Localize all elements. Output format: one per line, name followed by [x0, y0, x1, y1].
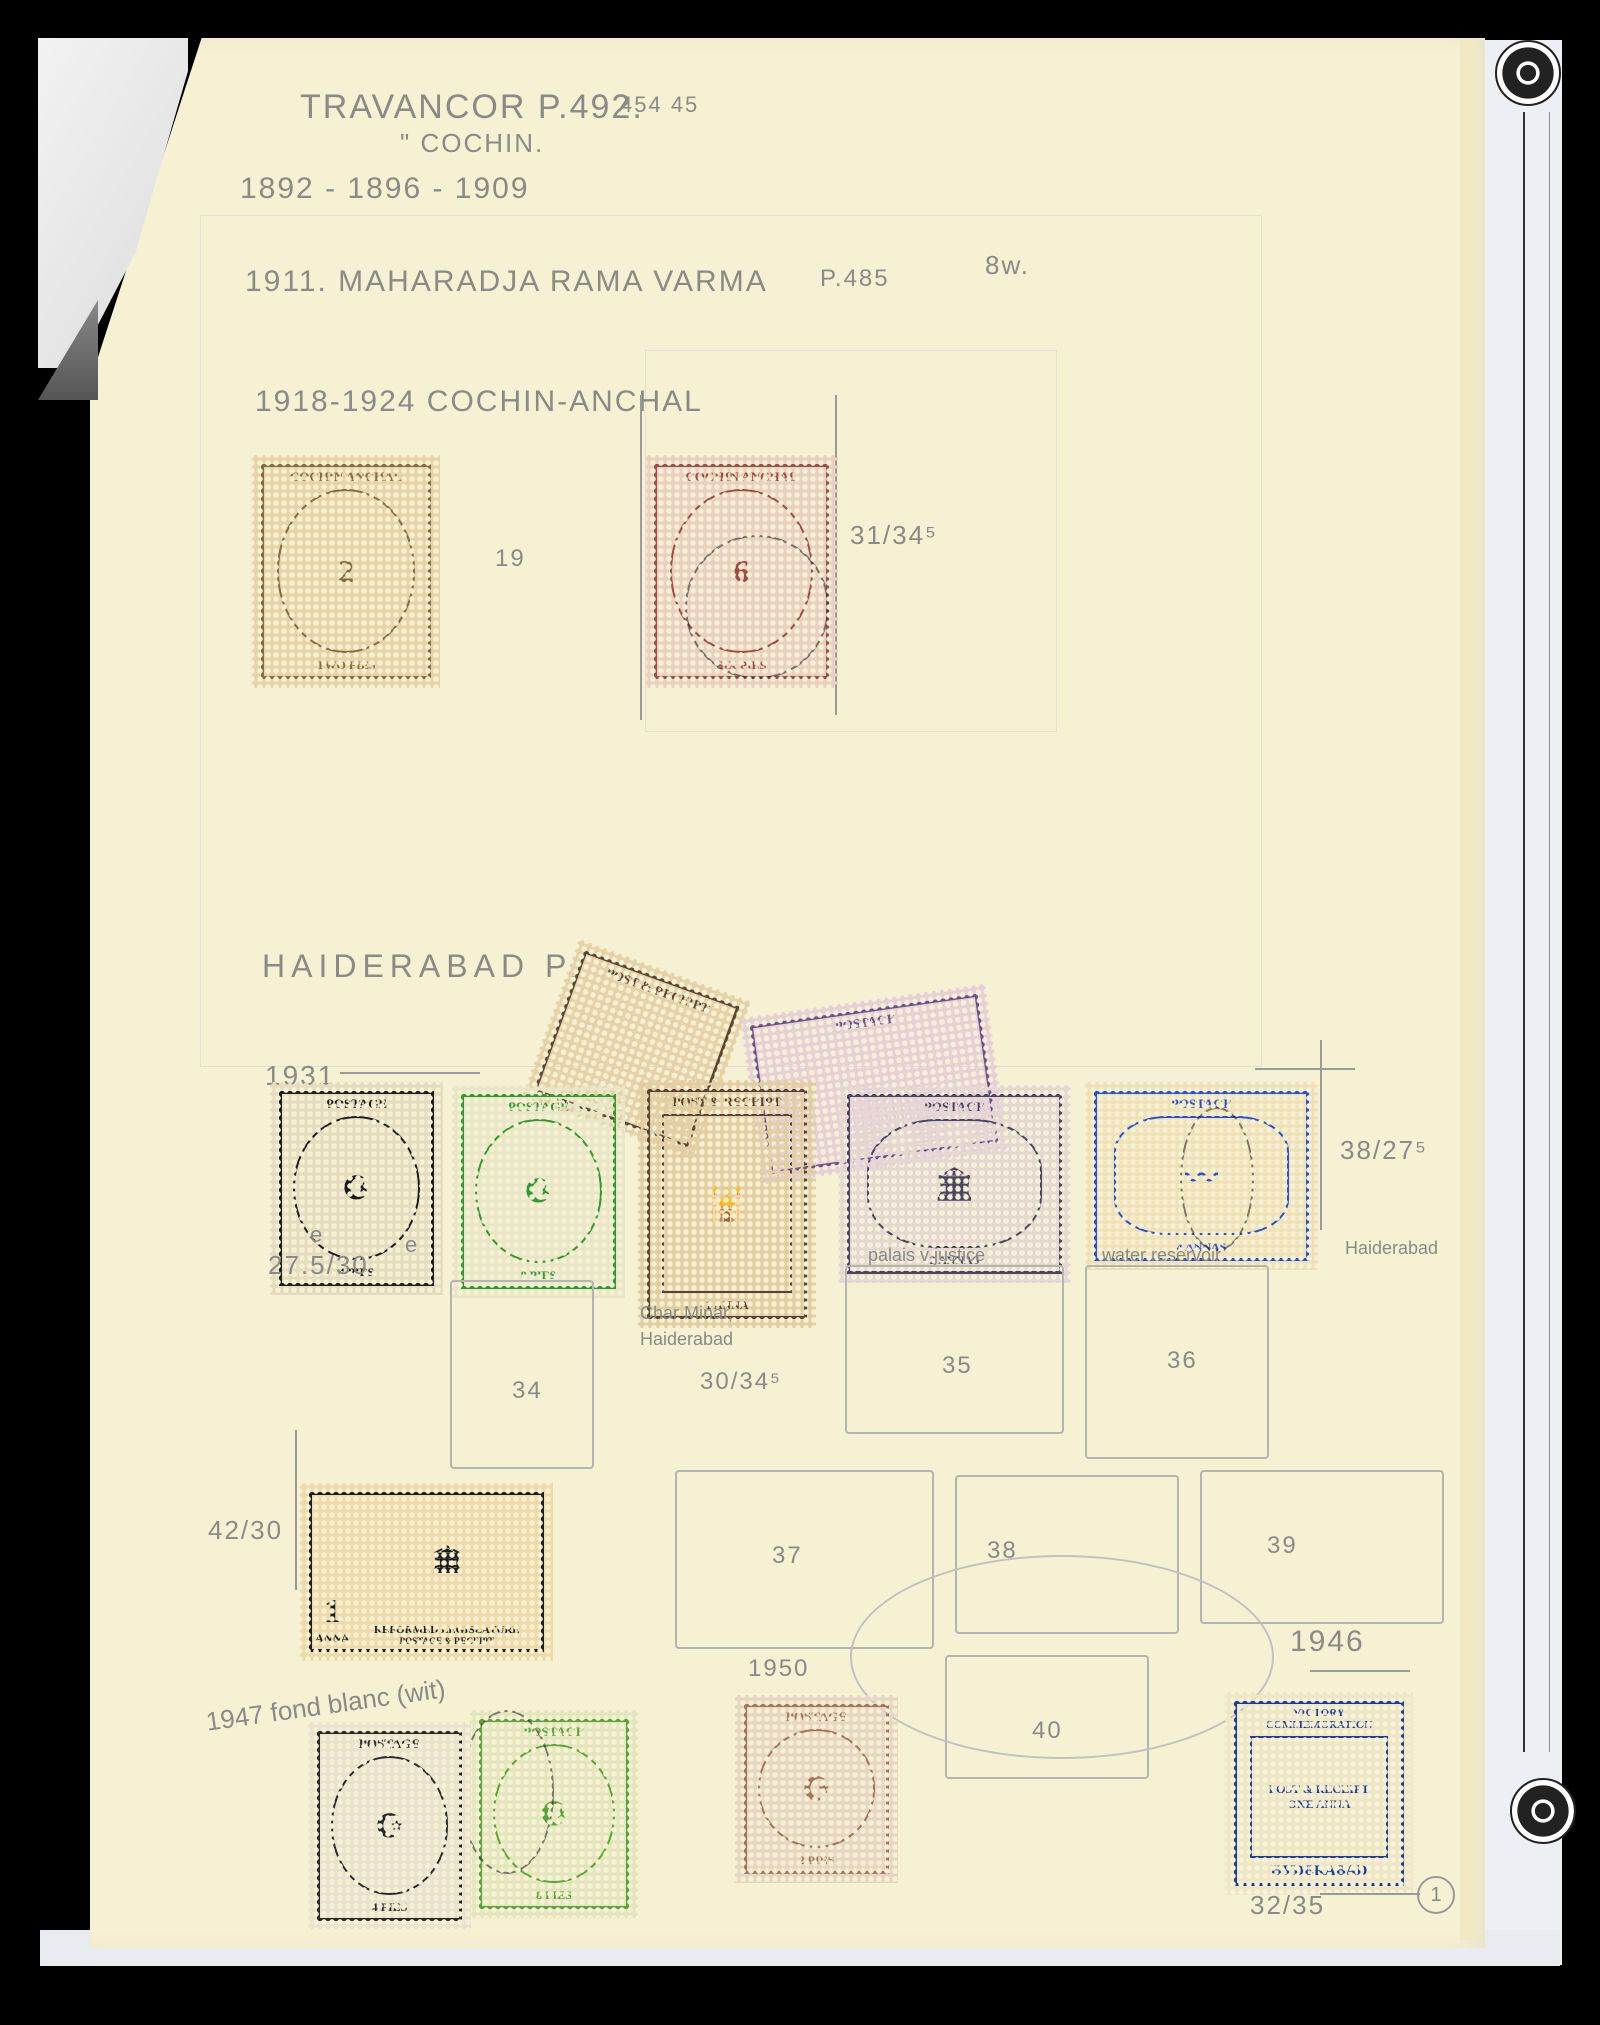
pencil-line	[295, 1430, 297, 1590]
stamp-1947-4-pies-white: POSTAGE ☪ 4 PIES	[308, 1722, 471, 1930]
stamp-subtitle: POSTAGE & RECEIPT	[400, 1636, 494, 1649]
stamp-country: HYDERABAD	[1268, 1860, 1371, 1883]
postmark	[460, 1710, 554, 1874]
note-travancor: TRAVANCOR P.492.	[300, 88, 644, 127]
note-cochin: " COCHIN.	[400, 128, 544, 159]
stamp-value: 1	[315, 1593, 350, 1631]
pencil-line	[640, 395, 642, 720]
note-32-35: 32/35	[1250, 1890, 1325, 1921]
legislature-building-icon: 🏛	[430, 1495, 463, 1624]
album-photo: TRAVANCOR P.492. 454 45 " COCHIN. 1892 -…	[0, 0, 1600, 2025]
note-e-2: e	[405, 1232, 419, 1258]
stamp-title: POSTAGE	[357, 1734, 422, 1754]
note-31-34: 31/34⁵	[850, 520, 938, 551]
stamp-denomination: TWO PIES	[313, 655, 378, 676]
stamp-denomination: 4 PIES	[369, 1897, 411, 1918]
note-42-30: 42/30	[208, 1515, 283, 1546]
note-travancor-ref: 454 45	[620, 92, 699, 118]
stamp-hyderabad-char-minar: POST & RECEIPT 🕌 1 ANNA	[638, 1080, 816, 1328]
stamp-title: POSTAGE	[324, 1094, 389, 1114]
stamp-title: COCHIN ANCHAL	[288, 467, 404, 487]
stamp-building: 🏛	[867, 1119, 1042, 1248]
stamp-title: POSTAGE	[784, 1707, 849, 1727]
stamp-title: POSTAGE	[922, 1097, 987, 1117]
note-cochin-anchal: 1918-1924 COCHIN-ANCHAL	[255, 385, 703, 419]
note-haiderabad-small: Haiderabad	[1345, 1238, 1438, 1259]
stamp-cochin-6-pies: COCHIN ANCHAL 6 SIX PIES	[645, 455, 838, 688]
note-30-34: 30/34⁵	[700, 1368, 782, 1396]
pencil-line	[1320, 1040, 1322, 1230]
slot-number: 39	[1267, 1532, 1298, 1560]
stamp-scene: POST & RECEIPT ONE ANNA	[1250, 1736, 1388, 1858]
stamp-emblem: ☪	[758, 1729, 876, 1848]
note-char-minar: Char Minar, Haiderabad	[640, 1300, 810, 1352]
pencil-oval	[850, 1555, 1274, 1759]
stamp-side-label: POST & RECEIPT	[1269, 1782, 1369, 1797]
slot-number: 36	[1167, 1347, 1198, 1375]
empty-slot: 35	[845, 1265, 1064, 1434]
stamp-title: POSTAGE	[832, 1008, 899, 1037]
note-maharadja-w: 8w.	[985, 250, 1030, 281]
stamp-reformed-legislature: 1 ANNA 🏛 REFORMED LEGISLATURE POSTAGE & …	[300, 1483, 553, 1661]
empty-slot: 36	[1085, 1265, 1269, 1459]
stamp-building: 🕌	[662, 1114, 792, 1293]
pencil-line	[1320, 1893, 1420, 1895]
note-maharadja-ref: P.485	[820, 265, 890, 293]
stamp-hyderabad-8-pies-green: POSTAGE ☪ 8 PIES	[452, 1085, 625, 1298]
stamp-denomination: 8 PIES	[533, 1885, 575, 1906]
stamp-denomination: 2 PIES	[796, 1850, 838, 1871]
stamp-1950-2-pies-brown: POSTAGE ☪ 2 PIES	[735, 1695, 898, 1883]
note-water-reservoir: water reservoir	[1102, 1245, 1221, 1266]
note-27-30: 27.5/30	[268, 1250, 369, 1281]
postmark	[685, 535, 829, 679]
note-maharadja: 1911. MAHARADJA RAMA VARMA	[245, 265, 768, 299]
page-edge	[1460, 40, 1478, 1940]
stamp-unit: ANNA	[315, 1631, 350, 1646]
stamp-hyderabad-4-annas-blue: POSTAGE 〰 4 ANNAS	[1085, 1082, 1318, 1270]
postmark	[1180, 1107, 1254, 1251]
stamp-emblem: ☪	[331, 1756, 449, 1895]
pencil-line	[1310, 1670, 1410, 1672]
note-1946: 1946	[1290, 1625, 1365, 1659]
empty-slot: 34	[450, 1280, 594, 1469]
note-palais: palais v justice	[868, 1245, 985, 1266]
stamp-cochin-2-pies: COCHIN ANCHAL 2 TWO PIES	[252, 455, 440, 688]
note-19: 19	[495, 545, 526, 573]
note-e: e	[310, 1222, 324, 1248]
pencil-line	[1255, 1068, 1355, 1070]
stamp-emblem: ☪	[475, 1119, 601, 1263]
slot-number: 35	[942, 1352, 973, 1380]
stamp-title: VICTORY COMMEMORATION	[1237, 1704, 1401, 1734]
stamp-1947-8-pies-green: POSTAGE ☪ 8 PIES	[470, 1710, 638, 1918]
slot-number: 34	[512, 1377, 543, 1405]
rosette-ornament-icon	[1510, 1778, 1576, 1844]
stamp-title: COCHIN ANCHAL	[683, 467, 799, 487]
stamp-value: 2	[277, 489, 415, 653]
note-38-27: 38/27⁵	[1340, 1135, 1428, 1166]
ornamental-border	[1523, 112, 1550, 1752]
page-number-badge: 1	[1417, 1876, 1455, 1914]
stamp-victory-commemoration: VICTORY COMMEMORATION POST & RECEIPT ONE…	[1225, 1692, 1413, 1895]
stamp-title: POSTAGE	[506, 1097, 571, 1117]
stamp-title: POST & RECEIPT	[671, 1092, 784, 1112]
pencil-line	[340, 1072, 480, 1074]
rosette-ornament-icon	[1495, 40, 1561, 106]
note-1950: 1950	[748, 1655, 809, 1683]
stamp-value: ONE ANNA	[1287, 1797, 1350, 1812]
slot-number: 37	[772, 1542, 803, 1570]
note-haiderabad: HAIDERABAD P.	[262, 948, 583, 985]
stamp-title: REFORMED LEGISLATURE	[374, 1624, 520, 1636]
note-years: 1892 - 1896 - 1909	[240, 172, 530, 206]
